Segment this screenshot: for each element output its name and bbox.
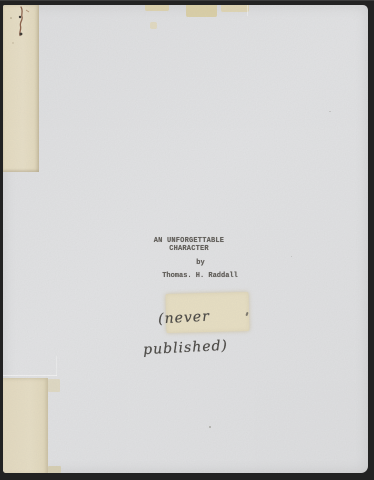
paper-sheet: AN UNFORGETTABLE CHARACTER by Thomas. H.… bbox=[3, 5, 368, 473]
dust-speck bbox=[291, 256, 292, 257]
scratch-line-vertical-1 bbox=[56, 356, 57, 376]
tape-residue-patch-3 bbox=[221, 5, 249, 12]
tape-residue-dot bbox=[150, 22, 157, 29]
tape-residue-patch-1 bbox=[145, 5, 169, 11]
aged-paper-notch-bottom bbox=[48, 466, 61, 473]
document-byline: by bbox=[188, 259, 213, 267]
dust-speck bbox=[209, 426, 211, 428]
scanned-document: AN UNFORGETTABLE CHARACTER by Thomas. H.… bbox=[0, 0, 374, 480]
document-author: Thomas. H. Raddall bbox=[143, 272, 257, 280]
scratch-line-vertical-2 bbox=[247, 5, 248, 16]
tape-residue-patch-2 bbox=[186, 5, 217, 17]
aged-paper-corner-bottom-left bbox=[3, 378, 48, 473]
document-title: AN UNFORGETTABLE CHARACTER bbox=[133, 237, 245, 253]
scratch-line-horizontal bbox=[3, 375, 57, 376]
pen-mark-icon bbox=[7, 5, 39, 47]
aged-paper-notch-top bbox=[48, 379, 60, 392]
dust-speck bbox=[329, 111, 331, 112]
